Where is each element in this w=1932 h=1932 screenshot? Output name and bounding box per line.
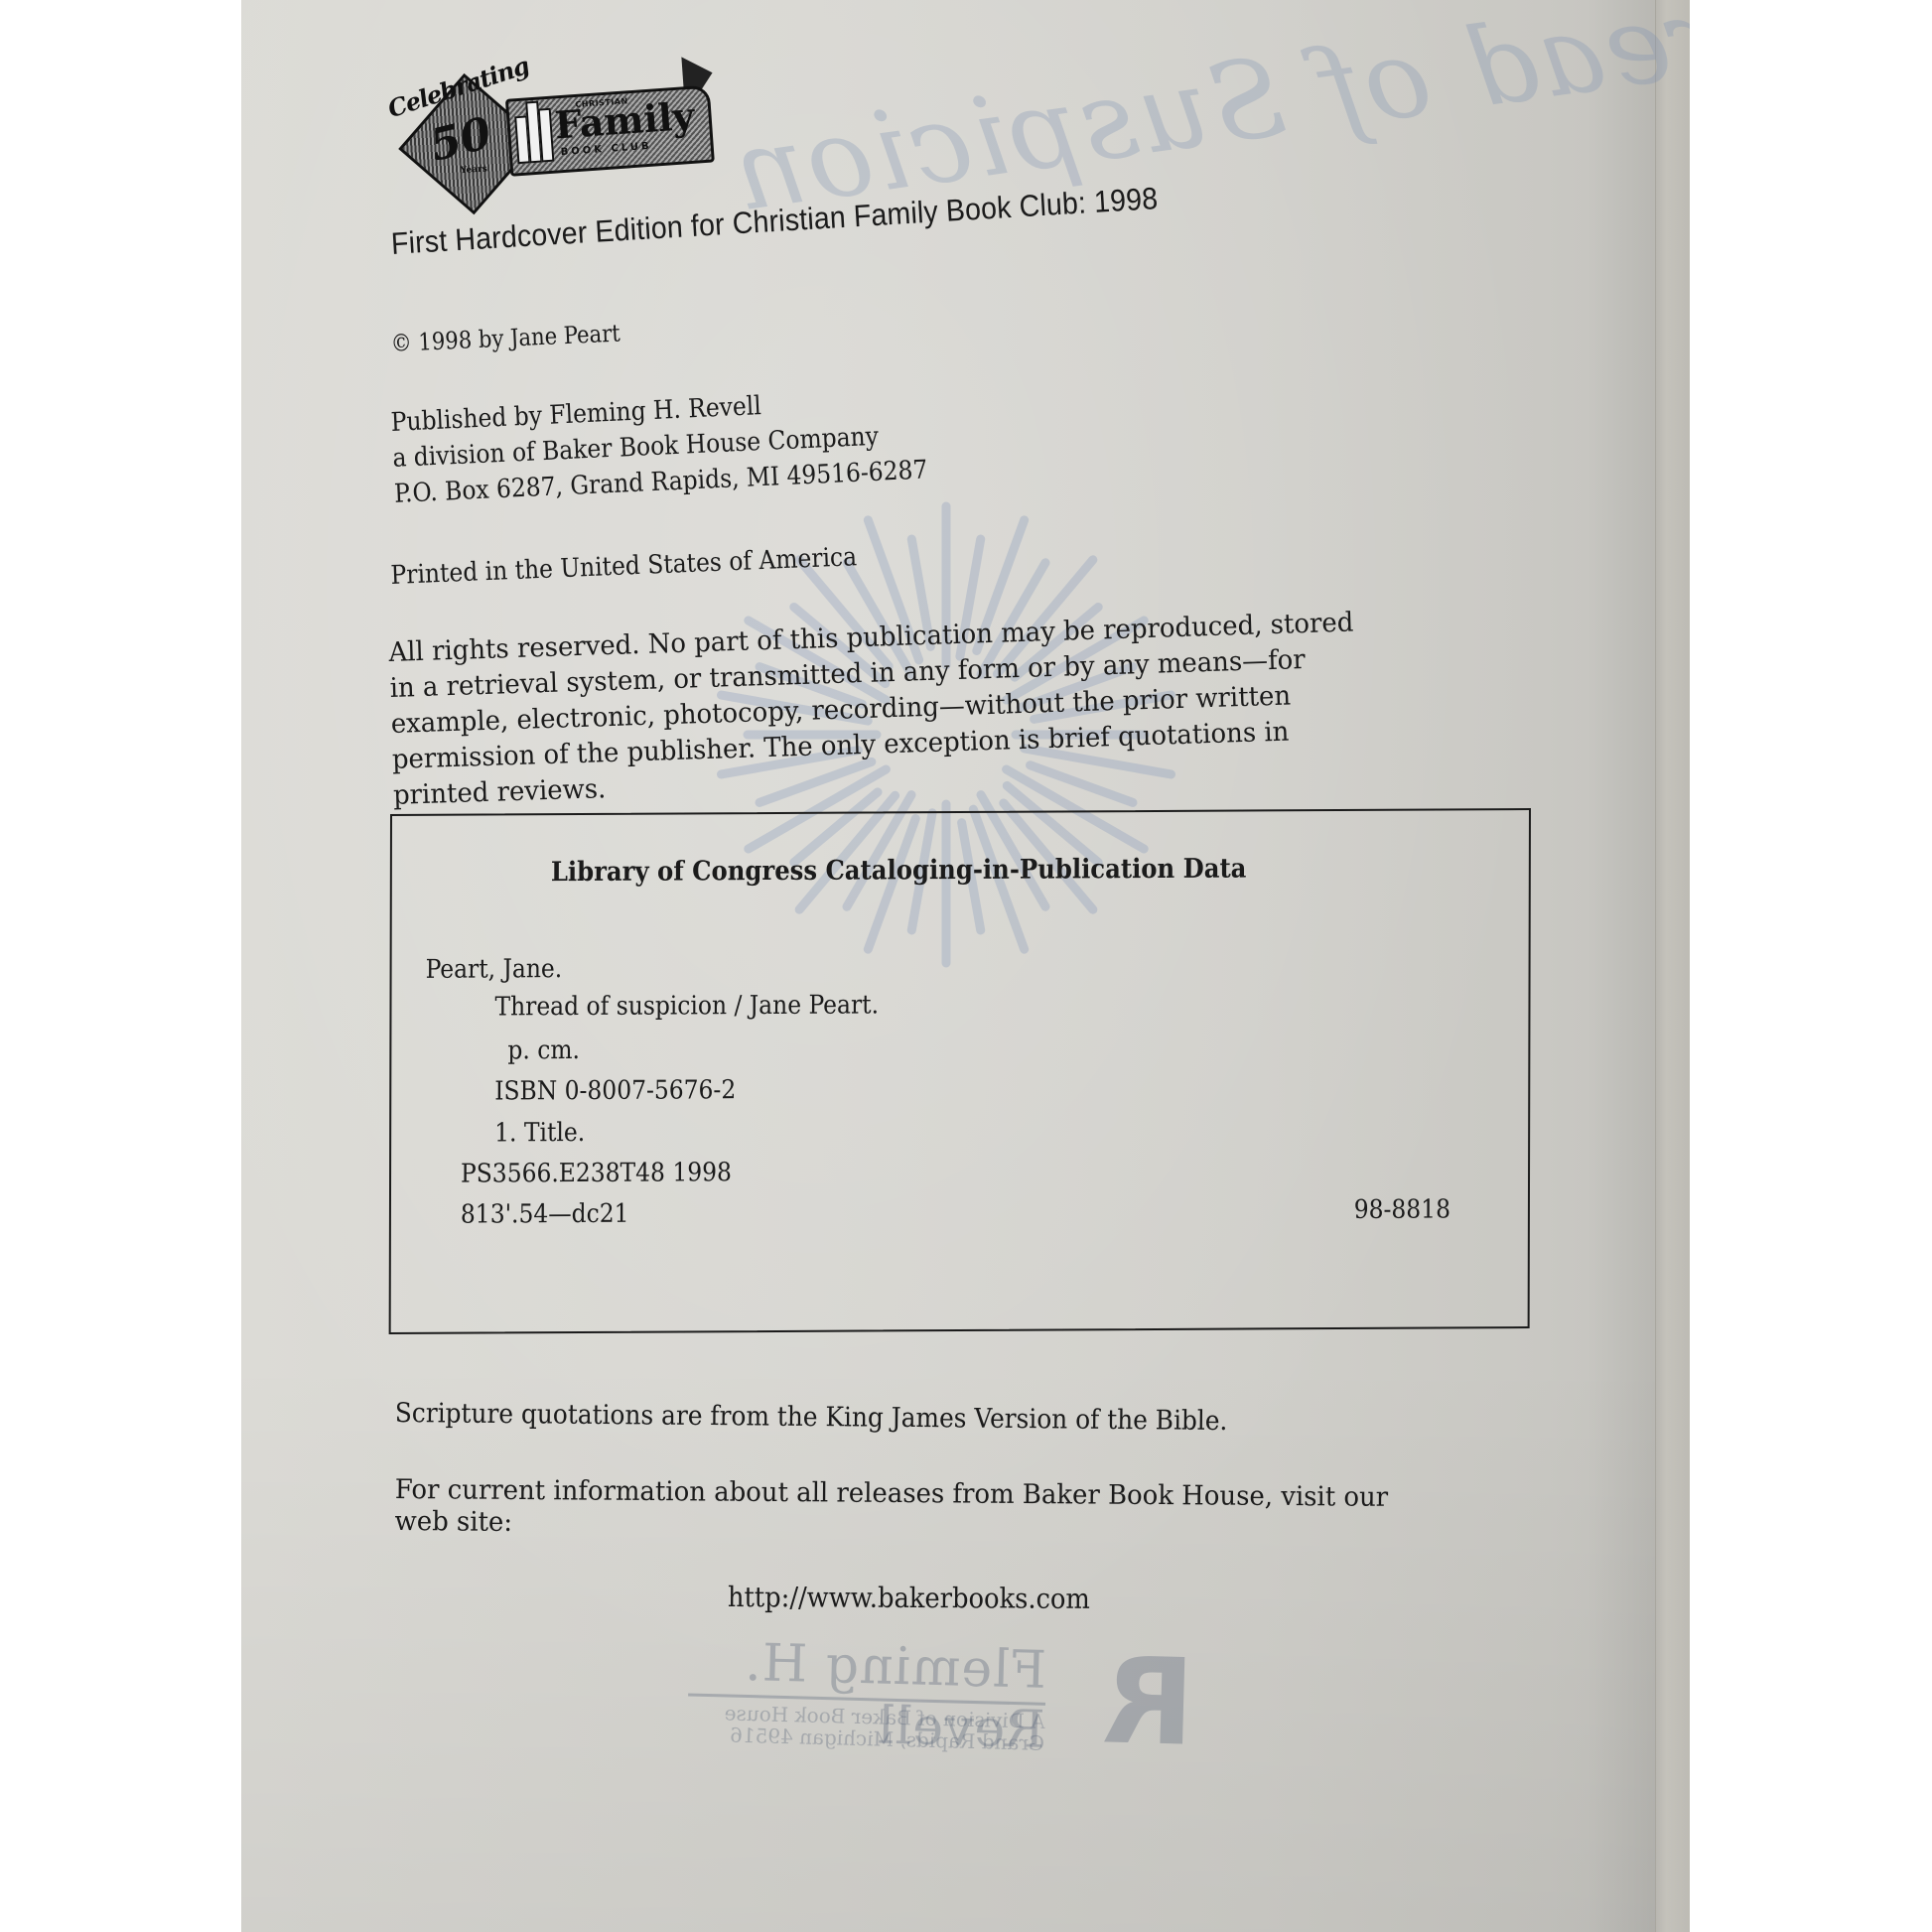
publisher-block: Published by Fleming H. Revell a divisio… xyxy=(390,381,928,512)
publisher-mark-icon: R xyxy=(1101,1652,1195,1753)
copyright-line: © 1998 by Jane Peart xyxy=(390,320,621,357)
cip-isbn: ISBN 0-8007-5676-2 xyxy=(494,1075,736,1106)
christian-family-book-club-logo: Celebrating 50 Years CHRISTIAN Family BO… xyxy=(383,36,741,218)
cip-author: Peart, Jane. xyxy=(426,954,563,985)
page-curl-shadow xyxy=(1587,0,1656,1932)
cip-subject: 1. Title. xyxy=(494,1118,585,1148)
cip-data-box: Library of Congress Cataloging-in-Public… xyxy=(389,808,1531,1334)
rights-paragraph: All rights reserved. No part of this pub… xyxy=(388,605,1385,814)
logo-years: Years xyxy=(460,164,487,176)
logo-family: Family xyxy=(553,96,695,146)
cip-call-number: PS3566.E238T48 1998 xyxy=(461,1158,732,1188)
website-url: http://www.bakerbooks.com xyxy=(728,1581,1090,1615)
next-page-edge xyxy=(1655,0,1690,1932)
logo-books-icon xyxy=(513,104,553,164)
scripture-line: Scripture quotations are from the King J… xyxy=(395,1398,1228,1437)
cip-dewey: 813'.54—dc21 xyxy=(461,1199,629,1230)
current-info-paragraph: For current information about all releas… xyxy=(394,1474,1405,1546)
cip-physical: p. cm. xyxy=(507,1035,580,1065)
cip-title: Library of Congress Cataloging-in-Public… xyxy=(551,853,1247,888)
bleed-publisher-sub: A Division of Baker Book House Grand Rap… xyxy=(724,1702,1045,1753)
cip-title-statement: Thread of suspicion / Jane Peart. xyxy=(494,990,879,1022)
bleed-through-publisher-logo: R Fleming H. Revell A Division of Baker … xyxy=(676,1631,1195,1774)
book-page-photo: Thread of Suspicion R Fleming H. Revell … xyxy=(241,0,1690,1932)
cip-lccn: 98-8818 xyxy=(1354,1194,1450,1225)
rights-text: All rights reserved. No part of this pub… xyxy=(388,605,1385,814)
